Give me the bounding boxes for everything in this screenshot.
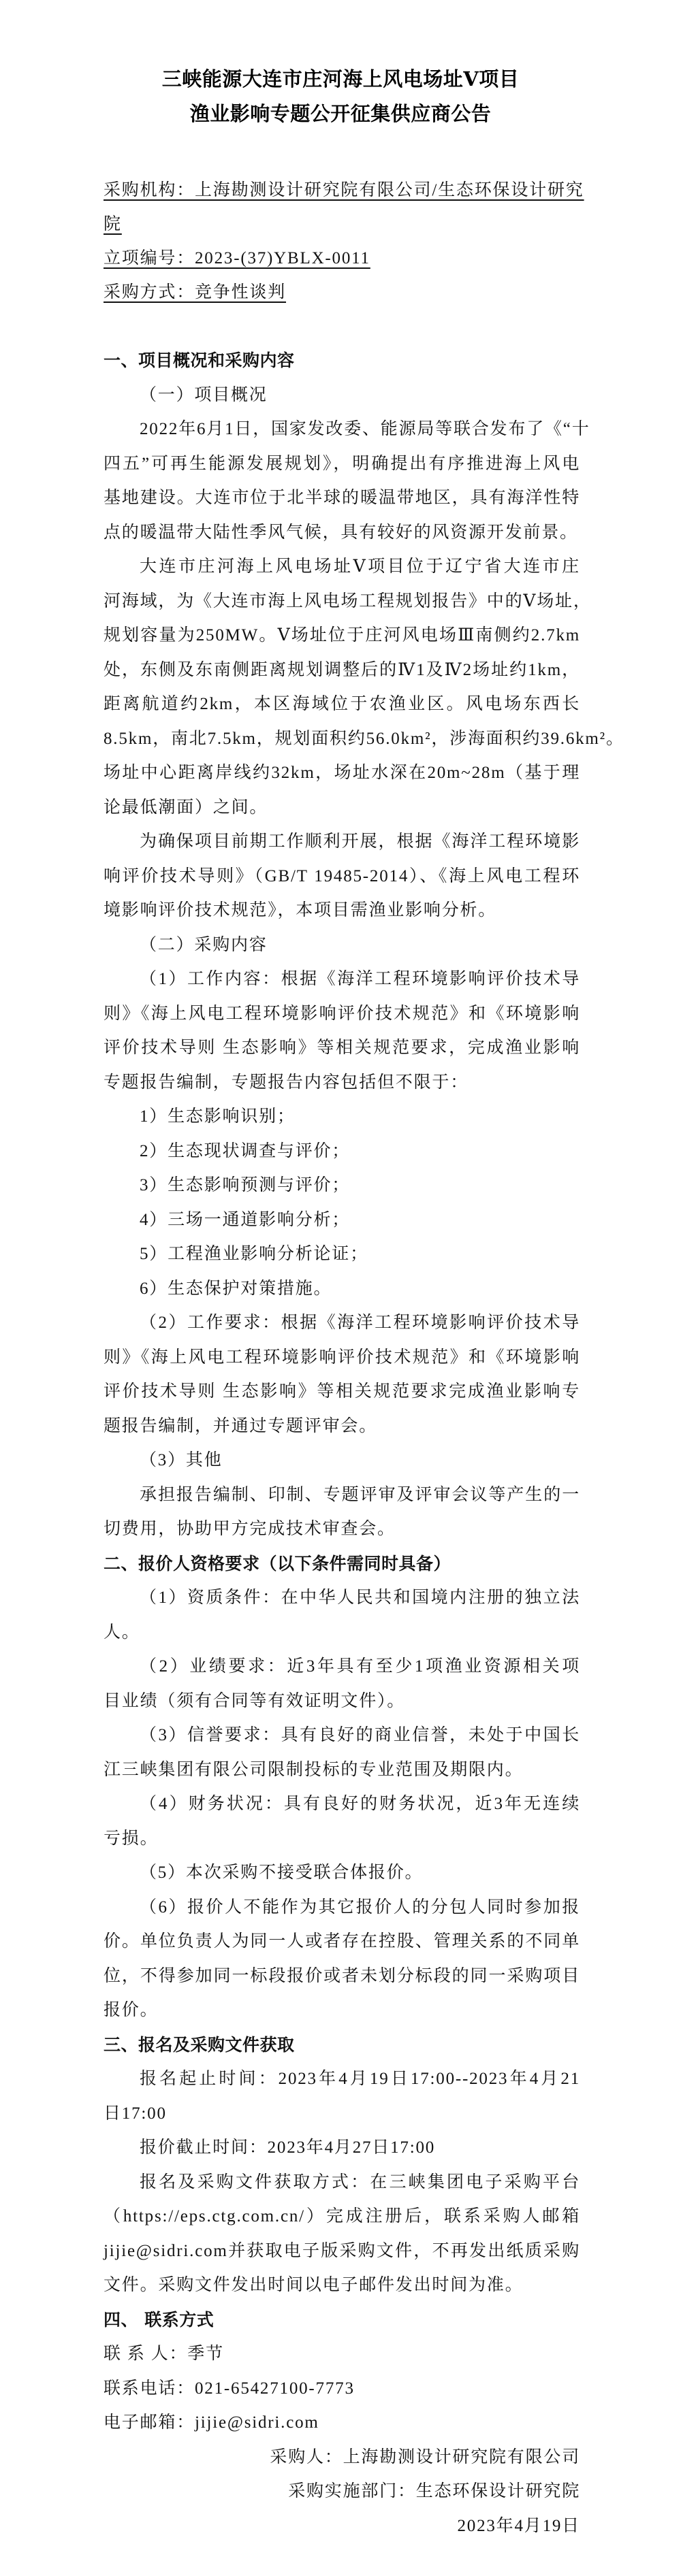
requirement-line: （1）资质条件：在中华人民共和国境内注册的独立法 xyxy=(104,1581,580,1616)
signature-date: 2023年4月19日 xyxy=(104,2509,580,2544)
acquisition-line-with-email: jijie@sidri.com并获取电子版采购文件，不再发出纸质采购 xyxy=(104,2234,580,2269)
procurement-method: 采购方式：竞争性谈判 xyxy=(104,283,286,301)
section-4-heading: 四、 联系方式 xyxy=(104,2303,580,2338)
paragraph-line: 2022年6月1日，国家发改委、能源局等联合发布了《“十 xyxy=(104,412,580,447)
section-2-heading: 二、报价人资格要求（以下条件需同时具备） xyxy=(104,1547,580,1582)
registration-period: 报名起止时间：2023年4月19日17:00--2023年4月21 xyxy=(104,2062,580,2097)
paragraph-line: 点的暖温带大陆性季风气候，具有较好的风资源开发前景。 xyxy=(104,516,580,551)
requirement-line: （3）信誉要求：具有良好的商业信誉，未处于中国长 xyxy=(104,1718,580,1753)
quote-deadline: 报价截止时间：2023年4月27日17:00 xyxy=(104,2131,580,2166)
requirement-line: 位，不得参加同一标段报价或者未划分标段的同一采购项目 xyxy=(104,1959,580,1994)
procurement-meta: 采购机构：上海勘测设计研究院有限公司/生态环保设计研究 院 立项编号：2023-… xyxy=(104,174,580,310)
paragraph-line: （2）工作要求：根据《海洋工程环境影响评价技术导 xyxy=(104,1306,580,1341)
paragraph-line: 8.5km，南北7.5km，规划面积约56.0km²，涉海面积约39.6km²。 xyxy=(104,722,580,757)
list-item: 5）工程渔业影响分析论证； xyxy=(104,1237,580,1272)
list-item: 1）生态影响识别； xyxy=(104,1100,580,1135)
requirement-line: 报价。 xyxy=(104,1993,580,2028)
requirement-line: （2）业绩要求：近3年具有至少1项渔业资源相关项 xyxy=(104,1650,580,1684)
paragraph-line: （1）工作内容：根据《海洋工程环境影响评价技术导 xyxy=(104,962,580,997)
paragraph-line: 评价技术导则 生态影响》等相关规范要求完成渔业影响专 xyxy=(104,1375,580,1409)
paragraph-line: 大连市庄河海上风电场址Ⅴ项目位于辽宁省大连市庄 xyxy=(104,550,580,585)
list-item: 4）三场一通道影响分析； xyxy=(104,1203,580,1238)
subsection-overview-heading: （一）项目概况 xyxy=(104,378,580,413)
acquisition-line: 文件。采购文件发出时间以电子邮件发出时间为准。 xyxy=(104,2268,580,2303)
paragraph-line: 承担报告编制、印制、专题评审及评审会议等产生的一 xyxy=(104,1478,580,1513)
signature-purchaser: 采购人：上海勘测设计研究院有限公司 xyxy=(104,2441,580,2475)
paragraph-line: 题报告编制，并通过专题评审会。 xyxy=(104,1409,580,1444)
subsection-procurement-content-heading: （二）采购内容 xyxy=(104,928,580,963)
section-3-heading: 三、报名及采购文件获取 xyxy=(104,2028,580,2063)
contact-email: 电子邮箱：jijie@sidri.com xyxy=(104,2406,580,2441)
purchaser-org-continued: 院 xyxy=(104,215,122,233)
announcement-page: 三峡能源大连市庄河海上风电场址Ⅴ项目 渔业影响专题公开征集供应商公告 采购机构：… xyxy=(0,0,681,2576)
document-title-line-2: 渔业影响专题公开征集供应商公告 xyxy=(0,97,681,131)
paragraph-line: 响评价技术导则》（GB/T 19485-2014）、《海上风电工程环 xyxy=(104,860,580,894)
requirement-line: 价。单位负责人为同一人或者存在控股、管理关系的不同单 xyxy=(104,1925,580,1959)
announcement-body: 一、项目概况和采购内容 （一）项目概况 2022年6月1日，国家发改委、能源局等… xyxy=(104,344,580,2543)
requirement-line: （4）财务状况：具有良好的财务状况，近3年无连续 xyxy=(104,1787,580,1822)
contact-person: 联 系 人：季节 xyxy=(104,2337,580,2372)
requirement-line: 江三峡集团有限公司限制投标的专业范围及期限内。 xyxy=(104,1753,580,1788)
paragraph-line: 场址中心距离岸线约32km，场址水深在20m~28m（基于理 xyxy=(104,756,580,791)
requirement-line: 亏损。 xyxy=(104,1822,580,1857)
purchaser-org: 采购机构：上海勘测设计研究院有限公司/生态环保设计研究 xyxy=(104,181,584,199)
paragraph-line: 境影响评价技术规范》，本项目需渔业影响分析。 xyxy=(104,894,580,928)
registration-period-end: 日17:00 xyxy=(104,2097,580,2132)
acquisition-line-with-link: （https://eps.ctg.com.cn/）完成注册后，联系采购人邮箱 xyxy=(104,2200,580,2234)
paragraph-line: 河海域，为《大连市海上风电场工程规划报告》中的Ⅴ场址， xyxy=(104,585,580,619)
paragraph-line: 四五”可再生能源发展规划》，明确提出有序推进海上风电 xyxy=(104,447,580,482)
paragraph-line: 距离航道约2km，本区海域位于农渔业区。风电场东西长 xyxy=(104,687,580,722)
paragraph-line: 规划容量为250MW。Ⅴ场址位于庄河风电场Ⅲ南侧约2.7km xyxy=(104,619,580,653)
requirement-line: 人。 xyxy=(104,1616,580,1650)
paragraph-line: 切费用，协助甲方完成技术审查会。 xyxy=(104,1512,580,1547)
requirement-line: （5）本次采购不接受联合体报价。 xyxy=(104,1856,580,1891)
project-number: 立项编号：2023-(37)YBLX-0011 xyxy=(104,249,370,267)
paragraph-line: 处，东侧及东南侧距离规划调整后的Ⅳ1及Ⅳ2场址约1km， xyxy=(104,653,580,688)
document-title-line-1: 三峡能源大连市庄河海上风电场址Ⅴ项目 xyxy=(0,63,681,97)
paragraph-line: 评价技术导则 生态影响》等相关规范要求，完成渔业影响 xyxy=(104,1031,580,1066)
paragraph-line: 专题报告编制，专题报告内容包括但不限于： xyxy=(104,1066,580,1100)
paragraph-line: 为确保项目前期工作顺利开展，根据《海洋工程环境影 xyxy=(104,825,580,860)
requirement-line: （6）报价人不能作为其它报价人的分包人同时参加报 xyxy=(104,1891,580,1925)
paragraph-line: 论最低潮面）之间。 xyxy=(104,791,580,826)
paragraph-line: 则》《海上风电工程环境影响评价技术规范》和《环境影响 xyxy=(104,1341,580,1375)
other-heading: （3）其他 xyxy=(104,1444,580,1478)
signature-implementing-dept: 采购实施部门：生态环保设计研究院 xyxy=(104,2475,580,2509)
list-item: 3）生态影响预测与评价； xyxy=(104,1169,580,1203)
list-item: 2）生态现状调查与评价； xyxy=(104,1135,580,1169)
paragraph-line: 则》《海上风电工程环境影响评价技术规范》和《环境影响 xyxy=(104,997,580,1032)
section-1-heading: 一、项目概况和采购内容 xyxy=(104,344,580,378)
acquisition-line: 报名及采购文件获取方式：在三峡集团电子采购平台 xyxy=(104,2166,580,2200)
list-item: 6）生态保护对策措施。 xyxy=(104,1272,580,1307)
requirement-line: 目业绩（须有合同等有效证明文件）。 xyxy=(104,1684,580,1719)
contact-phone: 联系电话：021-65427100-7773 xyxy=(104,2372,580,2407)
paragraph-line: 基地建设。大连市位于北半球的暖温带地区，具有海洋性特 xyxy=(104,481,580,516)
